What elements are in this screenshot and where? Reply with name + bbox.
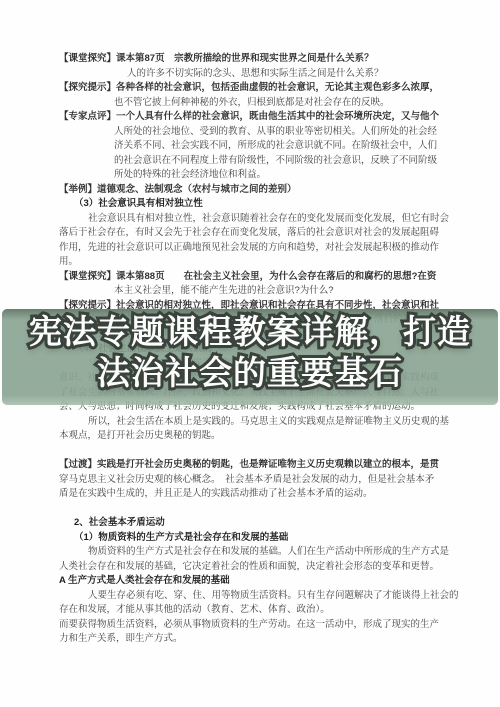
- doc-line: 人所处的社会地位、受到的教育、从事的职业等密切相关。人们所处的社会经: [59, 125, 443, 140]
- doc-line: 所以，社会生活在本质上是实践的。马克思主义的实践观点是辩证唯物主义历史观的基: [59, 415, 443, 430]
- overlay-title: 宪法专题课程教案详解，打造 宪法专题课程教案详解，打造 法治社会的重要基石 法治…: [0, 311, 500, 393]
- doc-line: 济关系不同、社会实践不同，所形成的社会意识就不同。在阶级社会中，人们: [59, 139, 443, 154]
- doc-line: 社会意识具有相对独立性，社会意识随着社会存在的变化发展而变化发展，但它有时会: [59, 212, 443, 227]
- doc-line: 【探究提示】各种各样的社会意识，包括歪曲虚假的社会意识，无论其主观色彩多么浓厚，: [59, 81, 443, 96]
- doc-line: 存在和发展，才能从事其他的活动（教育、艺术、体育、政治）。: [59, 603, 443, 618]
- title-line2-fill: 法治社会的重要基石: [0, 352, 500, 393]
- overlay-title-line2: 法治社会的重要基石 法治社会的重要基石: [0, 352, 500, 393]
- doc-line: 【过渡】实践是打开社会历史奥秘的钥匙，也是辩证唯物主义历史观赖以建立的根本，是贯: [59, 458, 443, 473]
- doc-line: 物质资料的生产方式是社会存在和发展的基础。人们在生产活动中所形成的生产方式是: [59, 545, 443, 560]
- doc-line: 穿马克思主义社会历史观的核心概念。 社会基本矛盾是社会发展的动力，但是社会基本矛: [59, 473, 443, 488]
- doc-line: 【专家点评】一个人具有什么样的社会意识，既由他生活其中的社会环境所决定，又与他个: [59, 110, 443, 125]
- doc-line: 落后于社会存在，有时又会先于社会存在而变化发展，落后的社会意识对社会的发展起阻碍: [59, 226, 443, 241]
- overlay-title-line1: 宪法专题课程教案详解，打造 宪法专题课程教案详解，打造: [0, 311, 500, 352]
- doc-line: 也不管它披上何种神秘的外衣，归根到底都是对社会存在的反映。: [59, 96, 443, 111]
- doc-line: 【课堂探究】课本第88页 在社会主义社会里，为什么会存在落后的和腐朽的思想?在资: [59, 270, 443, 285]
- doc-line: 而要获得物质生活资料，必须从事物质资料的生产劳动。在这一活动中，形成了现实的生产: [59, 618, 443, 633]
- doc-heading-basic-social-contradiction: 2、社会基本矛盾运动: [59, 516, 443, 531]
- doc-line: 【举例】道德观念、法制观念（农村与城市之间的差别）: [59, 183, 443, 198]
- doc-line: 人类社会存在和发展的基础，它决定着社会的性质和面貌，决定着社会形态的变革和更替。: [59, 560, 443, 575]
- doc-line: 力和生产关系，即生产方式。: [59, 632, 443, 647]
- doc-line: 本观点，是打开社会历史奥秘的钥匙。: [59, 429, 443, 444]
- doc-line: 盾是在实践中生成的，并且正是人的实践活动推动了社会基本矛盾的运动。: [59, 487, 443, 502]
- doc-line: 【课堂探究】课本第87页 宗教所描绘的世界和现实世界之间是什么关系？: [59, 52, 443, 67]
- doc-heading-social-consciousness-independence: （3）社会意识具有相对独立性: [59, 197, 443, 212]
- doc-heading-production-mode-basis: （1）物质资料的生产方式是社会存在和发展的基础: [59, 531, 443, 546]
- title-line1-fill: 宪法专题课程教案详解，打造: [0, 311, 500, 352]
- document-page: 【课堂探究】课本第87页 宗教所描绘的世界和现实世界之间是什么关系？ 人的许多不…: [0, 0, 500, 707]
- doc-line: 人要生存必须有吃、穿、住、用等物质生活资料。只有生存问题解决了才能谈得上社会的: [59, 589, 443, 604]
- doc-line: 人的许多不切实际的念头、思想和实际生活之间是什么关系？: [59, 67, 443, 82]
- doc-heading-A-production-mode: A 生产方式是人类社会存在和发展的基础: [59, 574, 443, 589]
- doc-line: 所处的特殊的社会经济地位和利益。: [59, 168, 443, 183]
- doc-line: 本主义社会里，能不能产生先进的社会意识?为什么?: [59, 284, 443, 299]
- doc-line: 用。: [59, 255, 443, 270]
- doc-line: 作用，先进的社会意识可以正确地预见社会发展的方向和趋势，对社会发展起积极的推动作: [59, 241, 443, 256]
- doc-line: 的社会意识在不同程度上带有阶级性，不同阶级的社会意识，反映了不同阶级: [59, 154, 443, 169]
